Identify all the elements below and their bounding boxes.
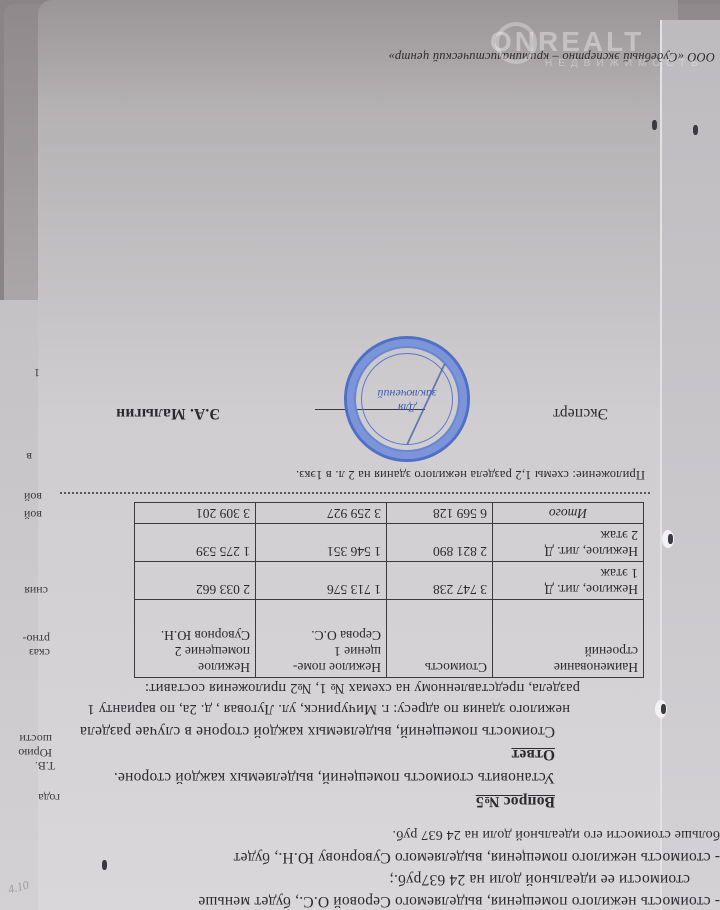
table-header-row: Наименование строений Стоимость Нежилое … [135,600,644,678]
continuation-line-1: - стоимость нежилого помещения, выделяем… [198,892,720,910]
table-row: Нежилое, лит. Д2 этаж 2 821 890 1 546 35… [135,524,644,562]
binding-clip [652,120,657,130]
rotated-document: ООО «Судебный экспертно – криминалистиче… [0,0,720,910]
table-total-row: Итого 6 569 128 3 259 927 3 309 201 [135,503,644,524]
binding-clip [661,704,666,714]
binding-clip [102,860,107,870]
header-cell-part1: Нежилое поме- щение 1 Серова О.С. [256,600,387,678]
answer-title: Ответ [511,745,555,763]
signature-role: Эксперт [553,404,608,422]
attachment-note: Приложение: схемы 1,2 раздела нежилого з… [296,467,645,482]
binding-clip [668,534,673,544]
dotted-separator [60,492,650,494]
watermark-subtitle: НЕДВИЖИМОСТЬ [545,58,704,69]
continuation-line-2: стоимости ее идеальной доли на 24 637руб… [389,870,690,888]
header-cell-cost: Стоимость [387,600,493,678]
answer-line-3: раздела, представленному на схемах № 1, … [145,679,580,696]
watermark-brand: ONREALT [490,26,644,58]
official-stamp: Для заключений [344,336,470,462]
answer-line-2: нежилого здания по адресу: г. Мичуринск,… [87,700,570,717]
continuation-line-4: больше стоимости его идеальной доли на 2… [392,826,720,842]
signature-name: Э.А. Малыгин [116,404,220,422]
question-title: Вопрос №5 [476,792,555,810]
binding-clip [693,125,698,135]
answer-line-1: Стоимость помещений, выделяемых каждой с… [80,722,555,740]
continuation-line-3: - стоимость нежилого помещения, выделяем… [233,848,720,866]
question-text: Установить стоимость помещений, выделяем… [114,768,555,786]
valuation-table: Наименование строений Стоимость Нежилое … [134,502,644,678]
table-row: Нежилое, лит. Д1 этаж 3 747 238 1 713 57… [135,562,644,600]
header-cell-part2: Нежилое помещение 2 Суворнов Ю.Н. [135,600,256,678]
header-cell-name: Наименование строений [493,600,644,678]
